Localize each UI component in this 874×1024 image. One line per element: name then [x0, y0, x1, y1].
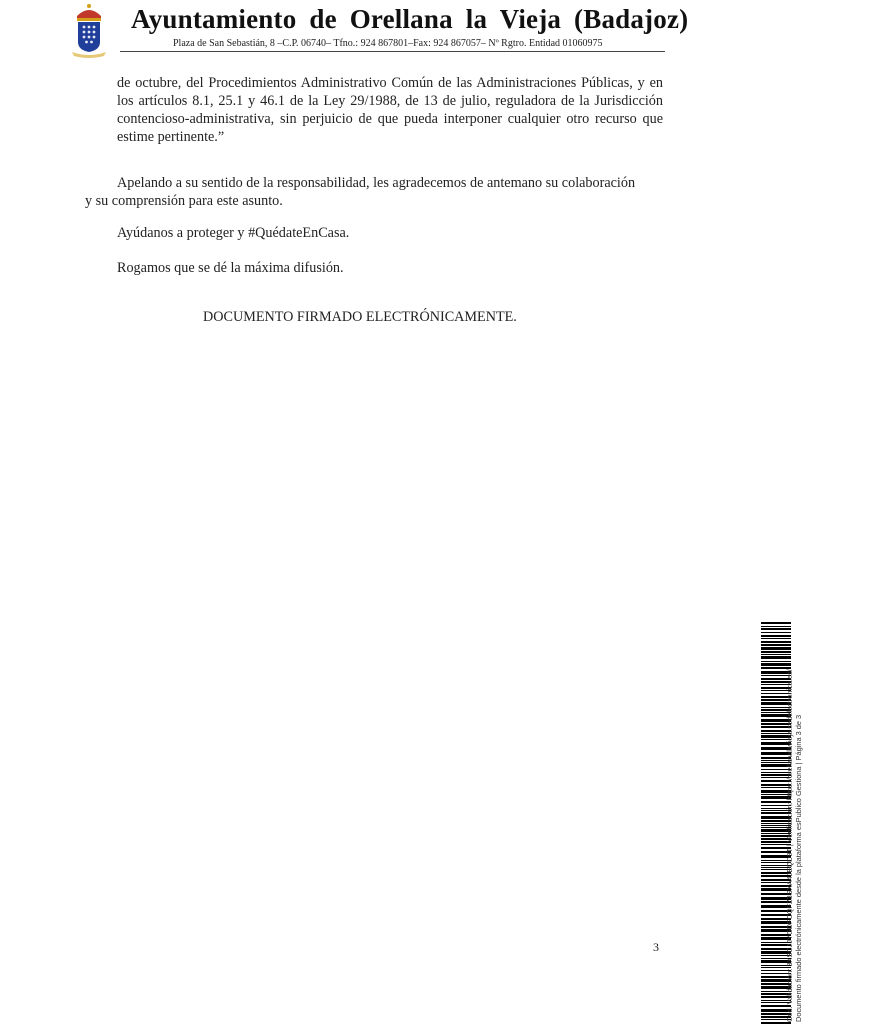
- gratitude-paragraph: Apelando a su sentido de la responsabili…: [85, 174, 645, 210]
- signed-notice: DOCUMENTO FIRMADO ELECTRÓNICAMENTE.: [203, 309, 517, 326]
- gratitude-text: Apelando a su sentido de la responsabili…: [85, 175, 635, 209]
- legal-paragraph: de octubre, del Procedimientos Administr…: [117, 74, 663, 146]
- municipality-title: Ayuntamiento de Orellana la Vieja (Badaj…: [131, 4, 688, 35]
- coat-of-arms-icon: [66, 2, 112, 58]
- stay-home-paragraph: Ayúdanos a proteger y #QuédateEnCasa.: [117, 224, 349, 242]
- diffusion-paragraph: Rogamos que se dé la máxima difusión.: [117, 259, 344, 277]
- validation-footer: Cód. Validación: 3XSCJJYGDFCQFZ3SXA4JEQD…: [786, 669, 803, 1022]
- municipality-address: Plaza de San Sebastián, 8 –C.P. 06740– T…: [173, 38, 603, 49]
- header-divider: [120, 51, 665, 52]
- platform-line: Documento firmado electrónicamente desde…: [795, 669, 804, 1022]
- page-number: 3: [653, 940, 659, 955]
